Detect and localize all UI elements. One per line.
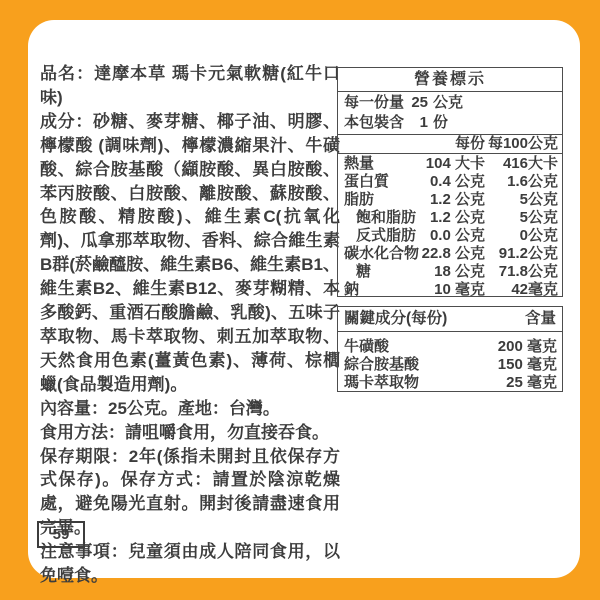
- table-row-protein: 蛋白質 0.4 公克 1.6公克: [338, 173, 562, 191]
- servings-per-pack-unit: 份: [433, 113, 448, 133]
- corner-number-box: 59: [37, 521, 85, 548]
- key-ingredients-rows: 牛磺酸 200 毫克 綜合胺基酸 150 毫克 瑪卡萃取物 25 毫克: [338, 332, 562, 392]
- product-name-line: 品名：達摩本草 瑪卡元氣軟糖(紅牛口味): [40, 62, 340, 110]
- table-row-trans-fat: 反式脂肪 0.0 公克 0公克: [338, 227, 562, 245]
- nutrition-table: 營養標示 每一份量 25 公克 本包裝含 1 份 每份 每100公克: [337, 67, 563, 297]
- serving-size-label: 每一份量: [344, 93, 406, 113]
- net-content-line: 內容量：25公克。產地：台灣。: [40, 397, 340, 421]
- key-ingredients-table: 關鍵成分(每份) 含量 牛磺酸 200 毫克 綜合胺基酸 150 毫克 瑪卡萃取…: [337, 306, 563, 392]
- serving-size-row: 每一份量 25 公克: [338, 93, 562, 113]
- serving-size-value: 25: [406, 93, 428, 113]
- product-info: 品名：達摩本草 瑪卡元氣軟糖(紅牛口味) 成分：砂糖、麥芽糖、椰子油、明膠、檸檬…: [40, 62, 340, 588]
- table-row-fat: 脂肪 1.2 公克 5公克: [338, 191, 562, 209]
- serving-size-unit: 公克: [433, 93, 463, 113]
- per-100g-header: 每100公克: [488, 135, 558, 153]
- key-ingredients-header: 關鍵成分(每份) 含量: [338, 307, 562, 332]
- label-page: 品名：達摩本草 瑪卡元氣軟糖(紅牛口味) 成分：砂糖、麥芽糖、椰子油、明膠、檸檬…: [0, 0, 600, 600]
- label-card: 品名：達摩本草 瑪卡元氣軟糖(紅牛口味) 成分：砂糖、麥芽糖、椰子油、明膠、檸檬…: [28, 20, 580, 578]
- amount-header: 含量: [525, 307, 556, 331]
- servings-per-pack-row: 本包裝含 1 份: [338, 113, 562, 133]
- corner-number: 59: [53, 526, 70, 543]
- key-ingredients-title: 關鍵成分(每份): [344, 307, 447, 331]
- table-row-maca-extract: 瑪卡萃取物 25 毫克: [338, 374, 562, 392]
- ingredients-line: 成分：砂糖、麥芽糖、椰子油、明膠、檸檬酸 (調味劑)、檸檬濃縮果汁、牛磺酸、綜合…: [40, 110, 340, 397]
- per-serving-header: 每份: [455, 135, 485, 153]
- table-row-sugar: 糖 18 公克 71.8公克: [338, 263, 562, 281]
- nutrition-rows: 熱量 104 大卡 416大卡 蛋白質 0.4 公克 1.6公克 脂肪 1.2 …: [338, 154, 562, 299]
- table-row-saturated-fat: 飽和脂肪 1.2 公克 5公克: [338, 209, 562, 227]
- nutrition-title: 營養標示: [338, 68, 562, 92]
- usage-line: 食用方法：請咀嚼食用，勿直接吞食。: [40, 421, 340, 445]
- table-row-sodium: 鈉 10 毫克 42毫克: [338, 281, 562, 299]
- storage-line: 保存期限：2年(係指未開封且依保存方式保存)。保存方式：請置於陰涼乾燥處，避免陽…: [40, 445, 340, 541]
- servings-per-pack-label: 本包裝含: [344, 113, 406, 133]
- nutrition-column-headers: 每份 每100公克: [338, 135, 562, 154]
- table-row-amino-acids: 綜合胺基酸 150 毫克: [338, 356, 562, 374]
- servings-per-pack-value: 1: [406, 113, 428, 133]
- table-row-taurine: 牛磺酸 200 毫克: [338, 338, 562, 356]
- caution-line: 注意事項：兒童須由成人陪同食用，以免噎食。: [40, 540, 340, 588]
- serving-info: 每一份量 25 公克 本包裝含 1 份: [338, 92, 562, 135]
- table-row-carbohydrate: 碳水化合物 22.8 公克 91.2公克: [338, 245, 562, 263]
- table-row-calories: 熱量 104 大卡 416大卡: [338, 155, 562, 173]
